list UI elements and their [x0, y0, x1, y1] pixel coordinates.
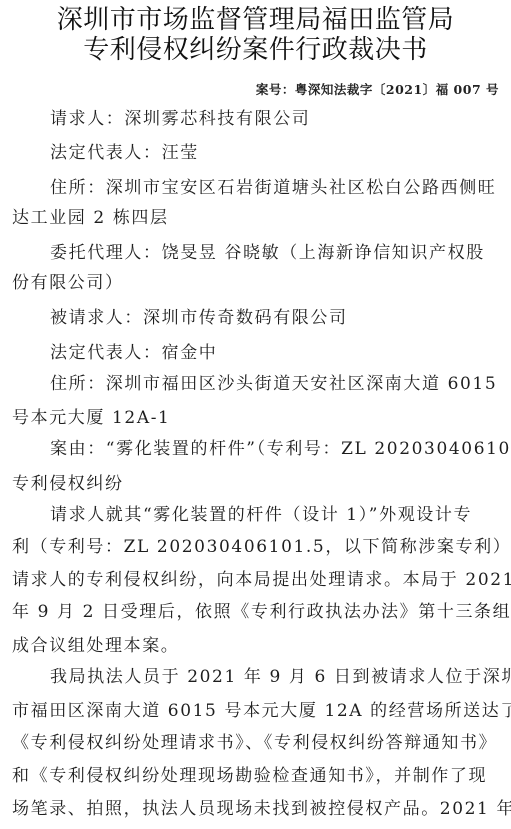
- respondent-address-line: 住所：深圳市福田区沙头街道天安社区深南大道 6015: [50, 373, 511, 395]
- paragraph-2-line-1: 我局执法人员于 2021 年 9 月 6 日到被请求人位于深圳: [50, 666, 511, 688]
- document-title-line1: 深圳市市场监督管理局福田监管局: [0, 5, 511, 35]
- requester-legal-rep-line: 法定代表人：汪莹: [50, 142, 511, 164]
- paragraph-1-line-4: 年 9 月 2 日受理后，依照《专利行政执法办法》第十三条组: [12, 601, 502, 623]
- respondent-address-cont-line: 号本元大厦 12A-1: [12, 407, 502, 429]
- requester-line: 请求人：深圳雾芯科技有限公司: [50, 108, 511, 130]
- paragraph-2-line-3: 《专利侵权纠纷处理请求书》、《专利侵权纠纷答辩通知书》: [12, 732, 502, 754]
- requester-address-line: 住所：深圳市宝安区石岩街道塘头社区松白公路西侧旺: [50, 177, 511, 199]
- paragraph-1-line-3: 请求人的专利侵权纠纷，向本局提出处理请求。本局于 2021: [12, 569, 502, 591]
- agent-cont-line: 份有限公司）: [12, 272, 502, 294]
- case-number: 案号：粤深知法裁字〔2021〕福 007 号: [256, 80, 499, 98]
- case-cause-cont-line: 专利侵权纠纷: [12, 473, 502, 495]
- respondent-legal-rep-line: 法定代表人：宿金中: [50, 342, 511, 364]
- requester-address-cont-line: 达工业园 2 栋四层: [12, 207, 502, 229]
- paragraph-2-line-5: 场笔录、拍照，执法人员现场未找到被控侵权产品。2021 年: [12, 798, 502, 820]
- paragraph-1-line-2: 利（专利号：ZL 202030406101.5，以下简称涉案专利）与被: [12, 536, 502, 558]
- paragraph-1-line-5: 成合议组处理本案。: [12, 635, 502, 657]
- paragraph-2-line-4: 和《专利侵权纠纷处理现场勘验检查通知书》，并制作了现: [12, 765, 502, 787]
- document-title-line2: 专利侵权纠纷案件行政裁决书: [0, 35, 511, 65]
- respondent-line: 被请求人：深圳市传奇数码有限公司: [50, 307, 511, 329]
- case-cause-line: 案由：“雾化装置的杆件”（专利号：ZL 202030406101.5: [50, 438, 511, 460]
- paragraph-1-line-1: 请求人就其“雾化装置的杆件（设计 1）”外观设计专: [50, 504, 511, 526]
- agent-line: 委托代理人：饶旻昱 谷晓敏（上海新诤信知识产权股: [50, 242, 511, 264]
- paragraph-2-line-2: 市福田区深南大道 6015 号本元大厦 12A 的经营场所送达了: [12, 700, 502, 722]
